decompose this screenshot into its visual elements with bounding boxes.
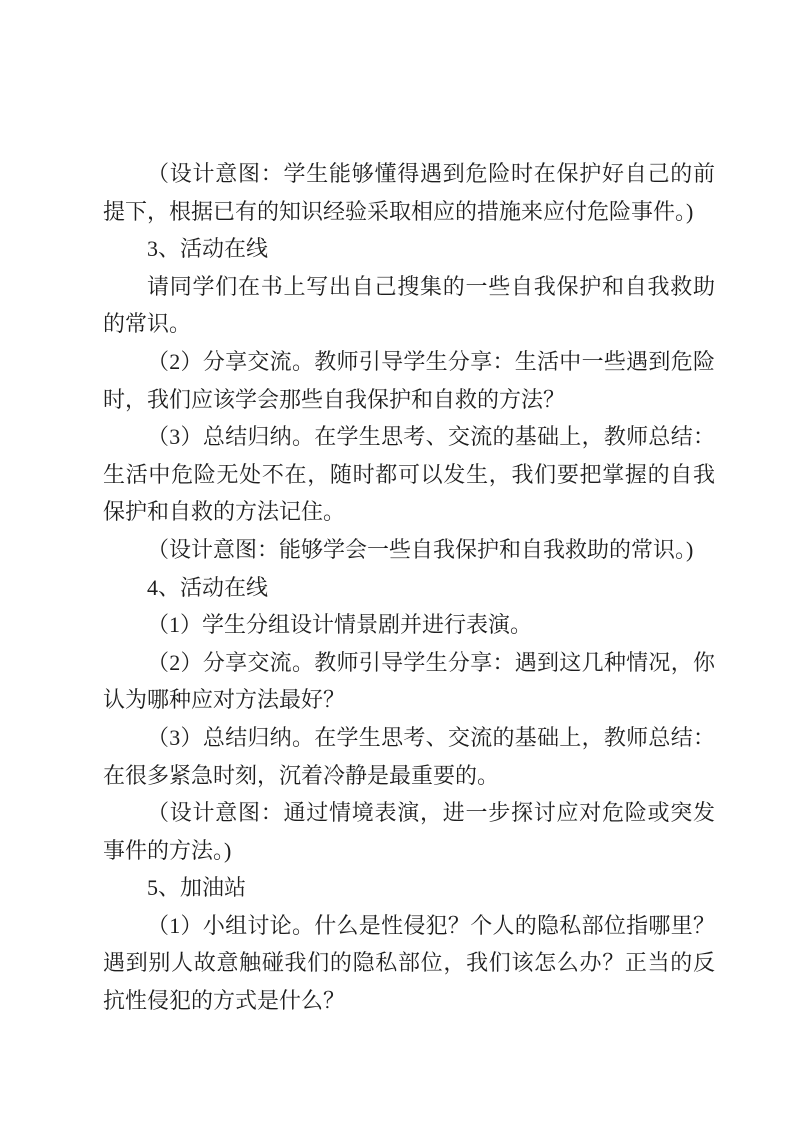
paragraph-design-intent-1: （设计意图：学生能够懂得遇到危险时在保护好自己的前提下，根据已有的知识经验采取相… <box>103 155 715 230</box>
paragraph-activity-4-step-2: （2）分享交流。教师引导学生分享：遇到这几种情况，你认为哪种应对方法最好？ <box>103 644 715 719</box>
heading-activity-3: 3、活动在线 <box>103 230 715 268</box>
document-page: （设计意图：学生能够懂得遇到危险时在保护好自己的前提下，根据已有的知识经验采取相… <box>0 0 793 1122</box>
paragraph-activity-5-step-1: （1）小组讨论。什么是性侵犯？个人的隐私部位指哪里？遇到别人故意触碰我们的隐私部… <box>103 907 715 1020</box>
paragraph-activity-4-step-1: （1）学生分组设计情景剧并进行表演。 <box>103 606 715 644</box>
heading-activity-4: 4、活动在线 <box>103 569 715 607</box>
paragraph-activity-3-step-1: 请同学们在书上写出自己搜集的一些自我保护和自我救助的常识。 <box>103 268 715 343</box>
page-content: （设计意图：学生能够懂得遇到危险时在保护好自己的前提下，根据已有的知识经验采取相… <box>103 155 715 1020</box>
heading-activity-5: 5、加油站 <box>103 869 715 907</box>
paragraph-design-intent-2: （设计意图：能够学会一些自我保护和自我救助的常识。) <box>103 531 715 569</box>
paragraph-activity-4-step-3: （3）总结归纳。在学生思考、交流的基础上，教师总结：在很多紧急时刻，沉着冷静是最… <box>103 719 715 794</box>
paragraph-design-intent-3: （设计意图：通过情境表演，进一步探讨应对危险或突发事件的方法。) <box>103 794 715 869</box>
paragraph-activity-3-step-2: （2）分享交流。教师引导学生分享：生活中一些遇到危险时，我们应该学会那些自我保护… <box>103 343 715 418</box>
paragraph-activity-3-step-3: （3）总结归纳。在学生思考、交流的基础上，教师总结：生活中危险无处不在，随时都可… <box>103 418 715 531</box>
